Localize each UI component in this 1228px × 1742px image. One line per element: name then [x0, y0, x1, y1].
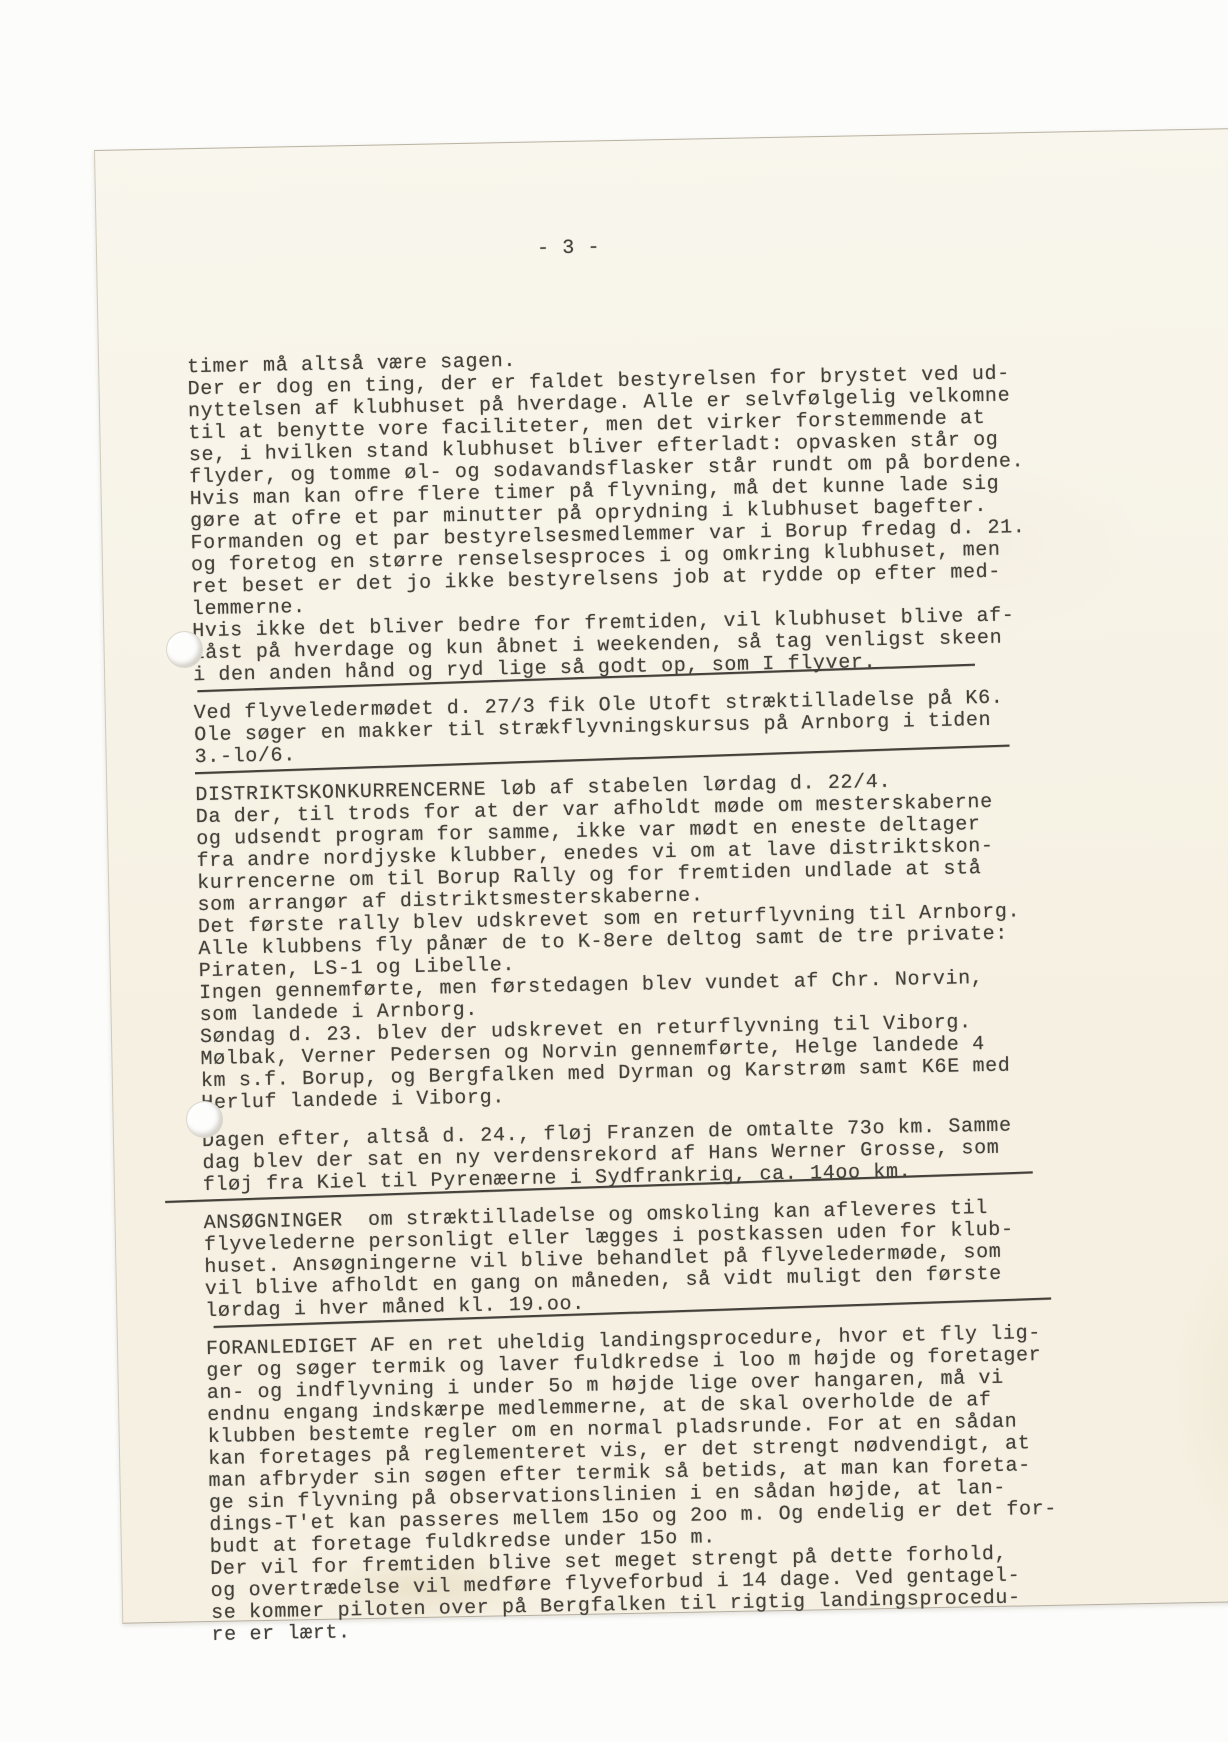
hole-punch-top-icon: [166, 631, 203, 668]
paragraph: ANSØGNINGER om stræktilladelse og omskol…: [203, 1196, 1095, 1323]
paper-sheet: - 3 - timer må altså være sagen.Der er d…: [94, 126, 1228, 1624]
paragraph: DISTRIKTSKONKURRENCERNE løb af stabelen …: [195, 768, 1091, 1115]
typewritten-text: - 3 - timer må altså være sagen.Der er d…: [184, 184, 1102, 1647]
page-number: - 3 -: [537, 228, 1075, 260]
hole-punch-bottom-icon: [186, 1101, 223, 1138]
paragraph: FORANLEDIGET AF en ret uheldig landingsp…: [206, 1322, 1102, 1647]
scan-background: { "colors": { "ink": "#44403a", "paper":…: [0, 0, 1228, 1742]
paragraph: timer må altså være sagen.Der er dog en …: [187, 340, 1083, 687]
